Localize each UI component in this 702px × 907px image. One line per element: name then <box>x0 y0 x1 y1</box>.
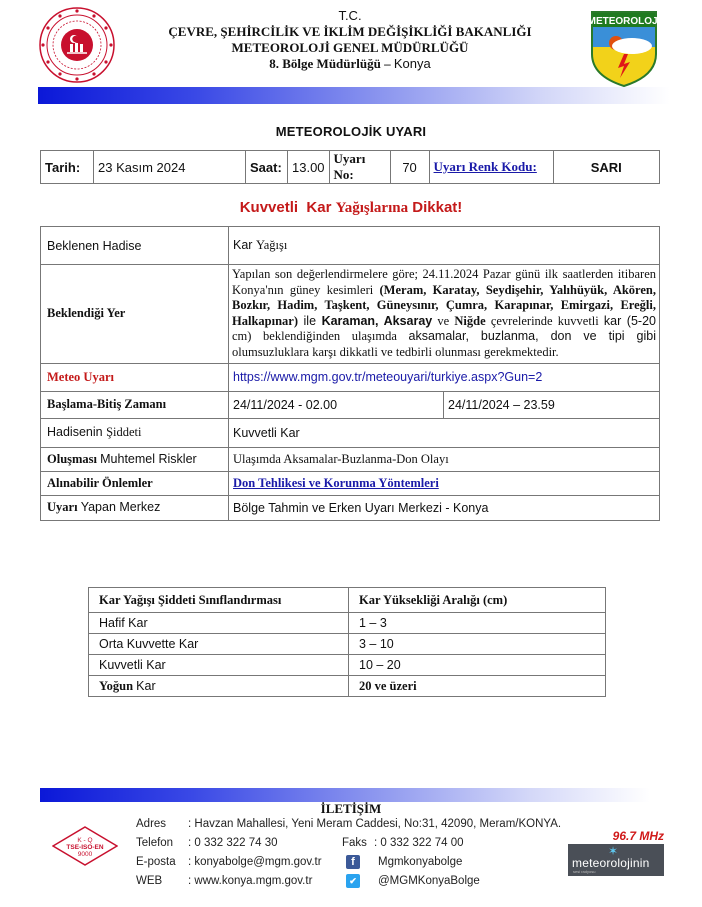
svg-text:TSE-ISO-EN: TSE-ISO-EN <box>66 844 104 851</box>
email-value[interactable]: : konyabolge@mgm.gov.tr <box>188 853 322 872</box>
expected-place-label: Beklendiği Yer <box>41 265 229 364</box>
row-expected-place: Beklendiği Yer Yapılan son değerlendirme… <box>41 265 660 364</box>
radio-badge: ✶ meteorolojinin sesi radyosu <box>568 844 664 876</box>
classification-category: Kuvvetli Kar <box>89 655 349 676</box>
severity-value: Kuvvetli Kar <box>229 418 660 447</box>
svg-text:METEOROLOJI: METEOROLOJI <box>590 16 658 27</box>
contact-block: Adres : Havzan Mahallesi, Yeni Meram Cad… <box>136 815 556 891</box>
snow-classification-table: Kar Yağışı Şiddeti Sınıflandırması Kar Y… <box>88 587 606 697</box>
header-ministry: ÇEVRE, ŞEHİRCİLİK VE İKLİM DEĞİŞİKLİĞİ B… <box>130 24 570 40</box>
warning-number-label: Uyarı No: <box>329 151 390 184</box>
radio-name: meteorolojinin <box>572 856 650 870</box>
classification-range: 1 – 3 <box>349 613 606 634</box>
address-value: : Havzan Mahallesi, Yeni Meram Caddesi, … <box>188 815 561 834</box>
header-directorate: METEOROLOJİ GENEL MÜDÜRLÜĞÜ <box>130 40 570 56</box>
twitter-icon[interactable]: ✔ <box>346 874 360 888</box>
row-expected-event: Beklenen Hadise Kar Yağışı <box>41 227 660 265</box>
ministry-seal-icon <box>38 6 116 84</box>
risks-value: Ulaşımda Aksamalar-Buzlanma-Don Olayı <box>229 447 660 471</box>
table-row: Kuvvetli Kar 10 – 20 <box>89 655 606 676</box>
svg-text:9000: 9000 <box>78 851 93 858</box>
table-row: Yoğun Kar 20 ve üzeri <box>89 676 606 697</box>
radio-frequency: 96.7 MHz <box>568 830 664 842</box>
classification-category: Hafif Kar <box>89 613 349 634</box>
end-time-value: 24/11/2024 – 23.59 <box>444 391 660 418</box>
classification-category: Orta Kuvvette Kar <box>89 634 349 655</box>
web-value[interactable]: : www.konya.mgm.gov.tr <box>188 872 312 891</box>
row-start-end: Başlama-Bitiş Zamanı 24/11/2024 - 02.00 … <box>41 391 660 418</box>
fax-label: Faks <box>342 834 367 853</box>
meteo-warning-link[interactable]: https://www.mgm.gov.tr/meteouyari/turkiy… <box>229 363 660 391</box>
row-severity: Hadisenin Şiddeti Kuvvetli Kar <box>41 418 660 447</box>
issuer-label: Uyarı Yapan Merkez <box>41 495 229 520</box>
expected-event-label: Beklenen Hadise <box>41 227 229 265</box>
classification-header-range: Kar Yüksekliği Aralığı (cm) <box>349 588 606 613</box>
row-measures: Alınabilir Önlemler Don Tehlikesi ve Kor… <box>41 471 660 495</box>
document-title: METEOROLOJİK UYARI <box>0 124 702 139</box>
time-value: 13.00 <box>288 151 330 184</box>
time-label: Saat: <box>246 151 288 184</box>
twitter-handle[interactable]: @MGMKonyaBolge <box>378 872 480 891</box>
measures-link[interactable]: Don Tehlikesi ve Korunma Yöntemleri <box>233 476 439 490</box>
radio-logo: 96.7 MHz ✶ meteorolojinin sesi radyosu <box>568 830 664 876</box>
risks-label: Oluşması Muhtemel Riskler <box>41 447 229 471</box>
classification-range: 20 ve üzeri <box>349 676 606 697</box>
warning-number-value: 70 <box>390 151 429 184</box>
classification-range: 3 – 10 <box>349 634 606 655</box>
footer-gradient-bar <box>40 788 650 802</box>
color-code-link-cell[interactable]: Uyarı Renk Kodu: <box>429 151 553 184</box>
header-line-tc: T.C. <box>130 8 570 24</box>
start-end-label: Başlama-Bitiş Zamanı <box>41 391 229 418</box>
color-code-value: SARI <box>553 151 659 184</box>
measures-link-cell[interactable]: Don Tehlikesi ve Korunma Yöntemleri <box>229 471 660 495</box>
row-issuer: Uyarı Yapan Merkez Bölge Tahmin ve Erken… <box>41 495 660 520</box>
fax-value: : 0 332 322 74 00 <box>374 834 464 853</box>
warning-headline: Kuvvetli Kar Yağışlarına Dikkat! <box>0 199 702 217</box>
address-label: Adres <box>136 815 166 834</box>
warning-details-table: Beklenen Hadise Kar Yağışı Beklendiği Ye… <box>40 226 660 521</box>
classification-range: 10 – 20 <box>349 655 606 676</box>
date-value: 23 Kasım 2024 <box>94 151 246 184</box>
warning-meta-table: Tarih: 23 Kasım 2024 Saat: 13.00 Uyarı N… <box>40 150 660 184</box>
facebook-handle[interactable]: Mgmkonyabolge <box>378 853 462 872</box>
expected-place-description: Yapılan son değerlendirmelere göre; 24.1… <box>229 265 660 364</box>
severity-label: Hadisenin Şiddeti <box>41 418 229 447</box>
classification-header-row: Kar Yağışı Şiddeti Sınıflandırması Kar Y… <box>89 588 606 613</box>
start-time-value: 24/11/2024 - 02.00 <box>229 391 444 418</box>
tse-certification-icon: K - Q TSE-ISO-EN 9000 <box>52 826 118 866</box>
header-gradient-bar <box>38 87 670 104</box>
issuer-value: Bölge Tahmin ve Erken Uyarı Merkezi - Ko… <box>229 495 660 520</box>
email-label: E-posta <box>136 853 176 872</box>
meteo-warning-label: Meteo Uyarı <box>41 363 229 391</box>
table-row: Hafif Kar 1 – 3 <box>89 613 606 634</box>
header-regional: 8. Bölge Müdürlüğü – Konya <box>130 56 570 72</box>
header-text: T.C. ÇEVRE, ŞEHİRCİLİK VE İKLİM DEĞİŞİKL… <box>130 8 570 72</box>
classification-header-category: Kar Yağışı Şiddeti Sınıflandırması <box>89 588 349 613</box>
expected-event-value: Kar Yağışı <box>229 227 660 265</box>
meteoroloji-shield-icon: METEOROLOJI <box>590 10 658 88</box>
radio-subtitle: sesi radyosu <box>573 869 595 874</box>
date-label: Tarih: <box>41 151 94 184</box>
measures-label: Alınabilir Önlemler <box>41 471 229 495</box>
web-label: WEB <box>136 872 162 891</box>
svg-text:K - Q: K - Q <box>77 837 92 844</box>
row-meteo-warning: Meteo Uyarı https://www.mgm.gov.tr/meteo… <box>41 363 660 391</box>
classification-category: Yoğun Kar <box>89 676 349 697</box>
phone-label: Telefon <box>136 834 173 853</box>
color-code-link[interactable]: Uyarı Renk Kodu: <box>434 159 537 174</box>
facebook-icon[interactable]: f <box>346 855 360 869</box>
row-risks: Oluşması Muhtemel Riskler Ulaşımda Aksam… <box>41 447 660 471</box>
table-row: Orta Kuvvette Kar 3 – 10 <box>89 634 606 655</box>
phone-value: : 0 332 322 74 30 <box>188 834 278 853</box>
